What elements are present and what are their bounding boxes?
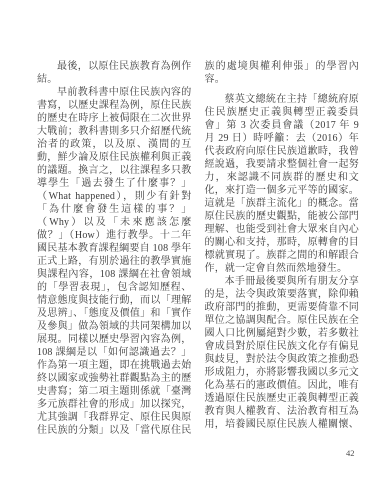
page-number: 42 xyxy=(346,448,355,459)
article-text-columns: 最後，以原住民族教育為例作結。 早前教科書中原住民族內容的書寫，以歷史課程為例，… xyxy=(37,60,359,442)
paragraph-conclusion-intro: 最後，以原住民族教育為例作結。 xyxy=(37,60,192,86)
document-page: 最後，以原住民族教育為例作結。 早前教科書中原住民族內容的書寫，以歷史課程為例，… xyxy=(0,0,388,480)
paragraph-president-tsai-quote: 蔡英文總統在主持「總統府原住民族歷史正義與轉型正義委員會」第 3 次委員會議（2… xyxy=(205,93,360,275)
